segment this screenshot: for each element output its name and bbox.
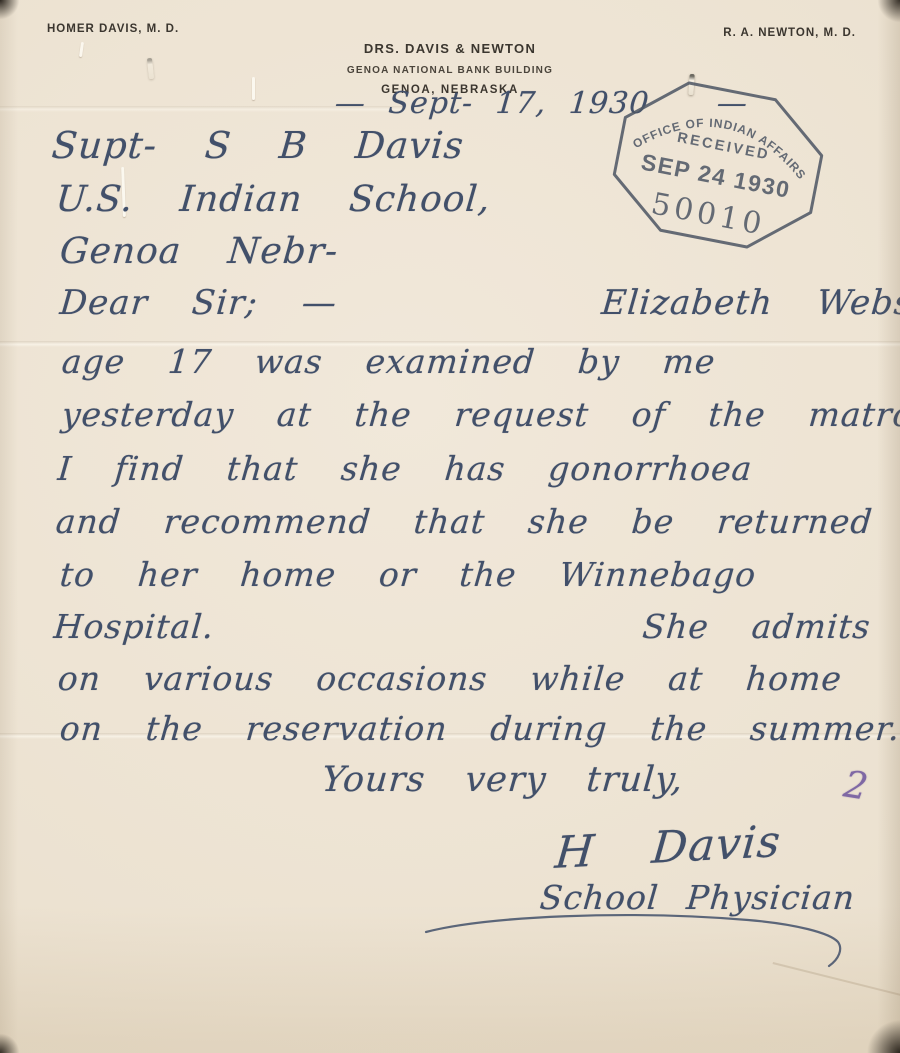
letterhead-physician-left: HOMER DAVIS, M. D. xyxy=(47,23,179,35)
letterhead-building: GENOA NATIONAL BANK BUILDING xyxy=(0,65,900,76)
recipient-line-1: Supt- S B Davis xyxy=(50,124,466,167)
letterhead-physician-right: R. A. NEWTON, M. D. xyxy=(723,27,856,39)
valediction: Yours very truly, xyxy=(320,760,685,800)
letter-page: HOMER DAVIS, M. D. R. A. NEWTON, M. D. D… xyxy=(0,0,900,1053)
body-line-2: yesterday at the request of the matron. xyxy=(60,395,900,434)
page-number-annotation: 2 xyxy=(841,762,871,808)
recipient-line-2: U.S. Indian School, xyxy=(54,179,492,220)
body-line-4: and recommend that she be returned xyxy=(54,502,874,541)
letterhead-firm-name: DRS. DAVIS & NEWTON xyxy=(0,41,900,56)
body-line-5: to her home or the Winnebago xyxy=(58,555,758,594)
body-line-1: age 17 was examined by me xyxy=(60,342,717,381)
signature-flourish xyxy=(418,908,868,978)
body-line-3: I find that she has gonorrhoea xyxy=(56,449,754,488)
body-line-8: on the reservation during the summer. xyxy=(58,709,900,748)
recipient-line-3: Genoa Nebr- xyxy=(58,231,340,272)
body-line-6: Hospital. She admits exposure xyxy=(52,607,900,646)
signature: H Davis xyxy=(553,816,783,879)
body-line-7: on various occasions while at home xyxy=(56,659,844,698)
salutation-line: Dear Sir; — Elizabeth Webster, xyxy=(58,283,900,323)
